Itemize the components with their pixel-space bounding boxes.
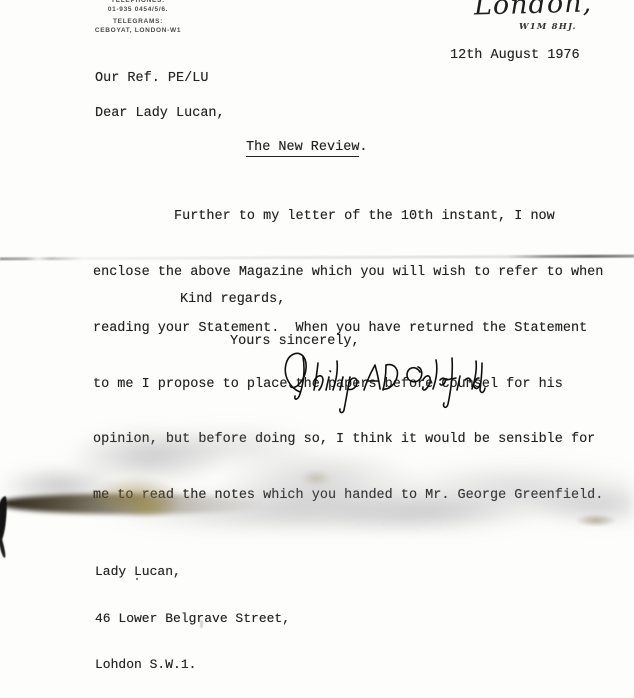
ink-edge-tail	[0, 536, 6, 558]
telegrams-value: CEBOYAT, LONDON-W1	[82, 27, 194, 36]
subject-line: The New Review.	[246, 140, 368, 155]
body-line: Further to my letter of the 10th instant…	[93, 208, 603, 227]
scan-speck	[200, 620, 203, 628]
signature-ink-icon	[280, 348, 485, 418]
address-line: 46 Lower Belgrave Street,	[95, 611, 290, 627]
salutation: Dear Lady Lucan,	[95, 106, 225, 121]
letterhead-postcode: W1M 8HJ.	[519, 22, 577, 32]
scan-stain-band	[0, 418, 634, 532]
letterhead-city: London,	[474, 0, 593, 22]
address-line: Lady Lucan,	[95, 564, 290, 580]
subject-period: .	[359, 140, 367, 155]
recipient-address: Lady Lucan, 46 Lower Belgrave Street, Lo…	[95, 533, 290, 688]
telephones-value: 01-935 0454/5/6.	[82, 6, 194, 15]
stain-tan-spot	[575, 514, 617, 527]
body-line: enclose the above Magazine which you wil…	[93, 264, 603, 283]
signature-handwriting	[280, 348, 485, 423]
stain-tan-spot	[300, 470, 332, 486]
valediction-line: Yours sincerely,	[230, 334, 360, 349]
letter-scan: { "letterhead": { "telephones_label": "T…	[0, 0, 634, 698]
telegrams-label: TELEGRAMS:	[82, 18, 194, 27]
stain-olive-spot	[118, 496, 180, 518]
address-line: Lohdon S.W.1.	[95, 657, 290, 673]
scan-speck	[136, 578, 138, 580]
closing-line: Kind regards,	[180, 292, 285, 307]
subject-title: The New Review	[246, 140, 359, 157]
letter-date: 12th August 1976	[450, 48, 580, 63]
reference-line: Our Ref. PE/LU	[95, 71, 208, 86]
letterhead-contact-block: TELEPHONES: 01-935 0454/5/6. TELEGRAMS: …	[82, 0, 194, 35]
